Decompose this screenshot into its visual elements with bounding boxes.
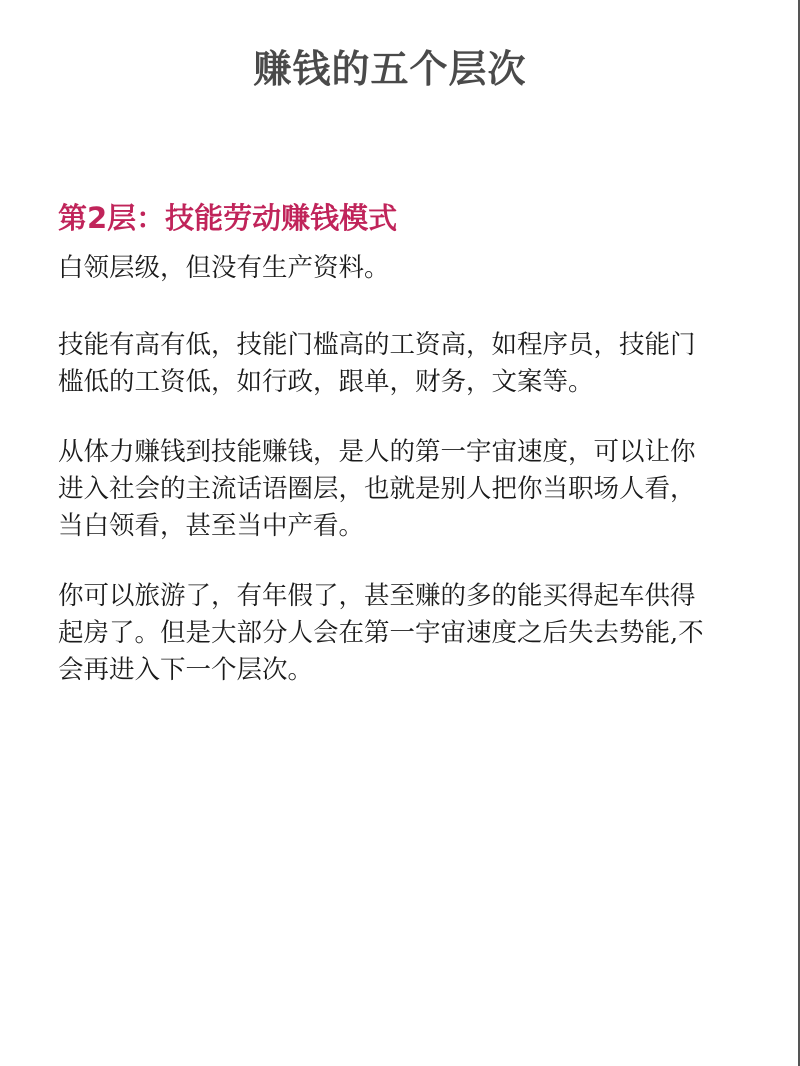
section-heading: 第2层：技能劳动赚钱模式	[58, 196, 397, 240]
paragraph-line: 会再进入下一个层次。	[58, 652, 758, 689]
paragraph-skill-levels: 技能有高有低，技能门槛高的工资高，如程序员，技能门 槛低的工资低，如行政，跟单，…	[58, 327, 758, 401]
paragraph-lose-momentum: 你可以旅游了，有年假了，甚至赚的多的能买得起车供得 起房了。但是大部分人会在第一…	[58, 578, 758, 689]
paragraph-first-cosmic-velocity: 从体力赚钱到技能赚钱，是人的第一宇宙速度，可以让你 进入社会的主流话语圈层，也就…	[58, 434, 758, 545]
paragraph-line: 当白领看，甚至当中产看。	[58, 508, 758, 545]
page-title: 赚钱的五个层次	[0, 43, 780, 95]
paragraph-line: 白领层级，但没有生产资料。	[58, 250, 758, 287]
paragraph-line: 槛低的工资低，如行政，跟单，财务，文案等。	[58, 364, 758, 401]
paragraph-line: 技能有高有低，技能门槛高的工资高，如程序员，技能门	[58, 327, 758, 364]
article-body: 白领层级，但没有生产资料。 技能有高有低，技能门槛高的工资高，如程序员，技能门 …	[58, 250, 758, 722]
paragraph-line: 从体力赚钱到技能赚钱，是人的第一宇宙速度，可以让你	[58, 434, 758, 471]
paragraph-line: 起房了。但是大部分人会在第一宇宙速度之后失去势能,不	[58, 615, 758, 652]
paragraph-line: 你可以旅游了，有年假了，甚至赚的多的能买得起车供得	[58, 578, 758, 615]
paragraph-white-collar: 白领层级，但没有生产资料。	[58, 250, 758, 287]
paragraph-line: 进入社会的主流话语圈层，也就是别人把你当职场人看，	[58, 471, 758, 508]
